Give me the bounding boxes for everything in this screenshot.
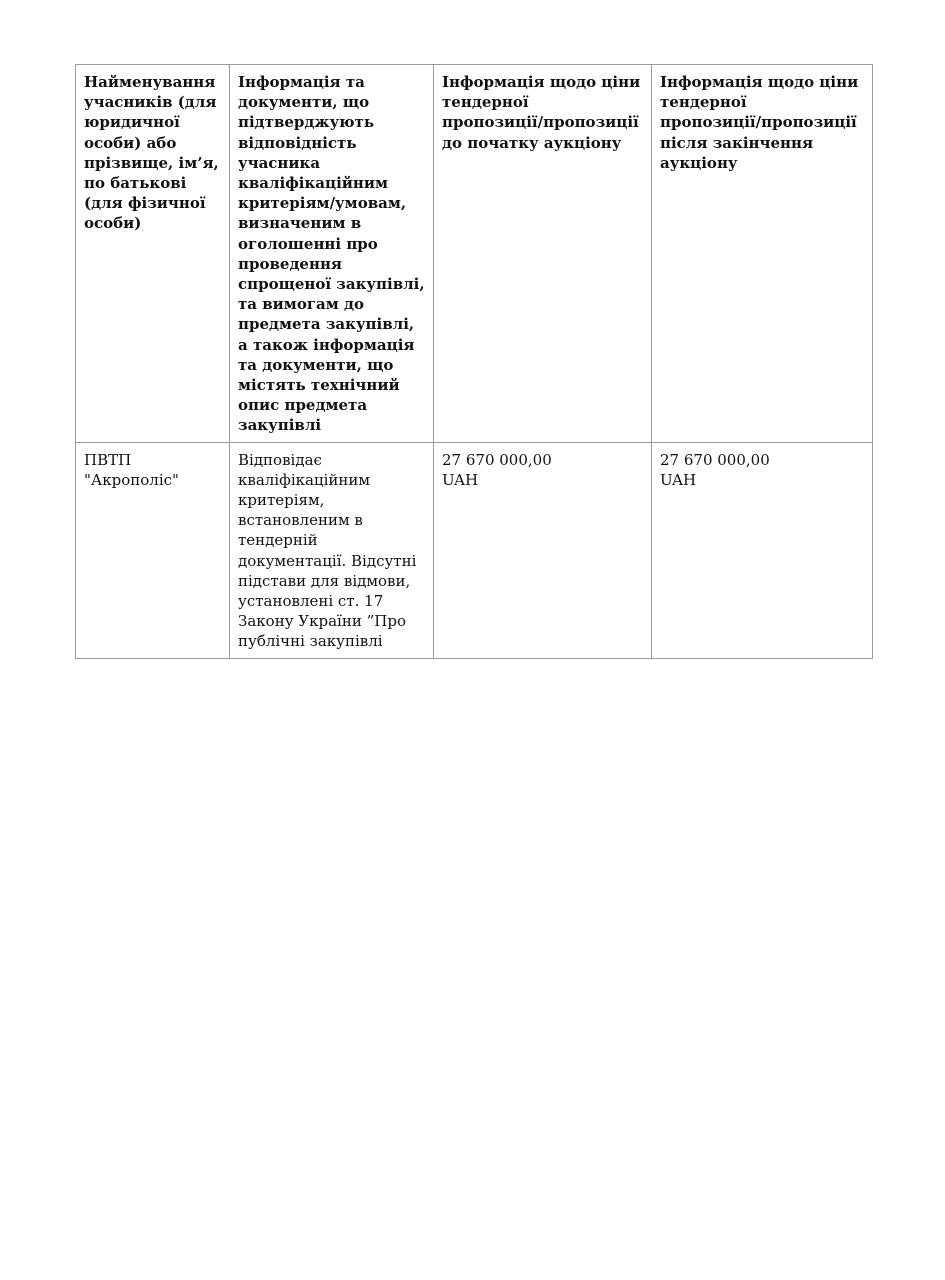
price-before-auction: 27 670 000,00 UAH bbox=[442, 450, 643, 490]
cell-price-before: 27 670 000,00 UAH bbox=[434, 442, 652, 658]
header-price-before-auction: Інформація щодо ціни тендерної пропозиці… bbox=[434, 65, 652, 443]
price-after-auction: 27 670 000,00 UAH bbox=[660, 450, 864, 490]
header-participant-name-text: Найменування учасників (для юридичної ос… bbox=[84, 72, 221, 234]
header-qualification-info: Інформація та документи, що підтверджуют… bbox=[230, 65, 434, 443]
participant-name: ПВТП "Акрополіс" bbox=[84, 450, 221, 490]
table-row: ПВТП "Акрополіс" Відповідає кваліфікацій… bbox=[76, 442, 873, 658]
header-price-after-auction-text: Інформація щодо ціни тендерної пропозиці… bbox=[660, 72, 864, 173]
qualification-text: Відповідає кваліфікаційним критеріям, вс… bbox=[238, 450, 425, 652]
table-header-row: Найменування учасників (для юридичної ос… bbox=[76, 65, 873, 443]
cell-price-after: 27 670 000,00 UAH bbox=[652, 442, 873, 658]
header-price-after-auction: Інформація щодо ціни тендерної пропозиці… bbox=[652, 65, 873, 443]
cell-qualification: Відповідає кваліфікаційним критеріям, вс… bbox=[230, 442, 434, 658]
header-qualification-info-text: Інформація та документи, що підтверджуют… bbox=[238, 72, 425, 436]
header-participant-name: Найменування учасників (для юридичної ос… bbox=[76, 65, 230, 443]
cell-participant: ПВТП "Акрополіс" bbox=[76, 442, 230, 658]
header-price-before-auction-text: Інформація щодо ціни тендерної пропозиці… bbox=[442, 72, 643, 153]
participants-table: Найменування учасників (для юридичної ос… bbox=[75, 64, 873, 659]
